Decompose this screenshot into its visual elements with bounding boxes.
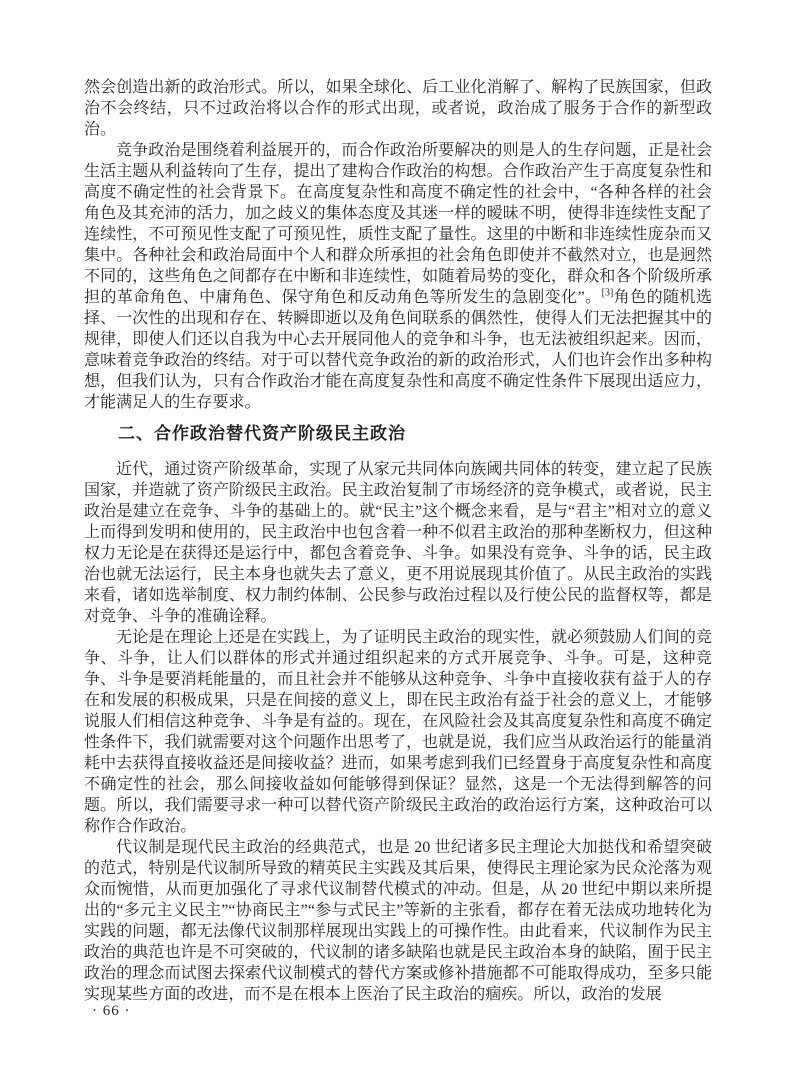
section-heading: 二、合作政治替代资产阶级民主政治 bbox=[84, 423, 712, 444]
paragraph-representative-system: 代议制是现代民主政治的经典范式，也是 20 世纪诸多民主理论大加挞伐和希望突破的… bbox=[84, 837, 712, 1005]
paragraph-continuation: 然会创造出新的政治形式。所以，如果全球化、后工业化消解了、解构了民族国家，但政治… bbox=[84, 77, 712, 140]
paragraph-theory-practice: 无论是在理论上还是在实践上，为了证明民主政治的现实性，就必须鼓励人们间的竞争、斗… bbox=[84, 627, 712, 837]
paragraph-competition-politics: 竞争政治是围绕着利益展开的，而合作政治所要解决的则是人的生存问题，正是社会生活主… bbox=[84, 140, 712, 413]
paragraph-competition-text-before-note: 竞争政治是围绕着利益展开的，而合作政治所要解决的则是人的生存问题，正是社会生活主… bbox=[84, 142, 712, 306]
text-block: 然会创造出新的政治形式。所以，如果全球化、后工业化消解了、解构了民族国家，但政治… bbox=[84, 77, 712, 1005]
page-number: · 66 · bbox=[92, 1001, 131, 1022]
scanned-paper-page: 然会创造出新的政治形式。所以，如果全球化、后工业化消解了、解构了民族国家，但政治… bbox=[0, 0, 793, 1077]
paragraph-competition-text-after-note: 角色的随机选择、一次性的出现和存在、转瞬即逝以及角色间联系的偶然性，使得人们无法… bbox=[84, 289, 712, 411]
paragraph-modern-era: 近代，通过资产阶级革命，实现了从家元共同体向族阈共同体的转变，建立起了民族国家，… bbox=[84, 459, 712, 627]
footnote-marker-3: [3] bbox=[602, 288, 614, 299]
